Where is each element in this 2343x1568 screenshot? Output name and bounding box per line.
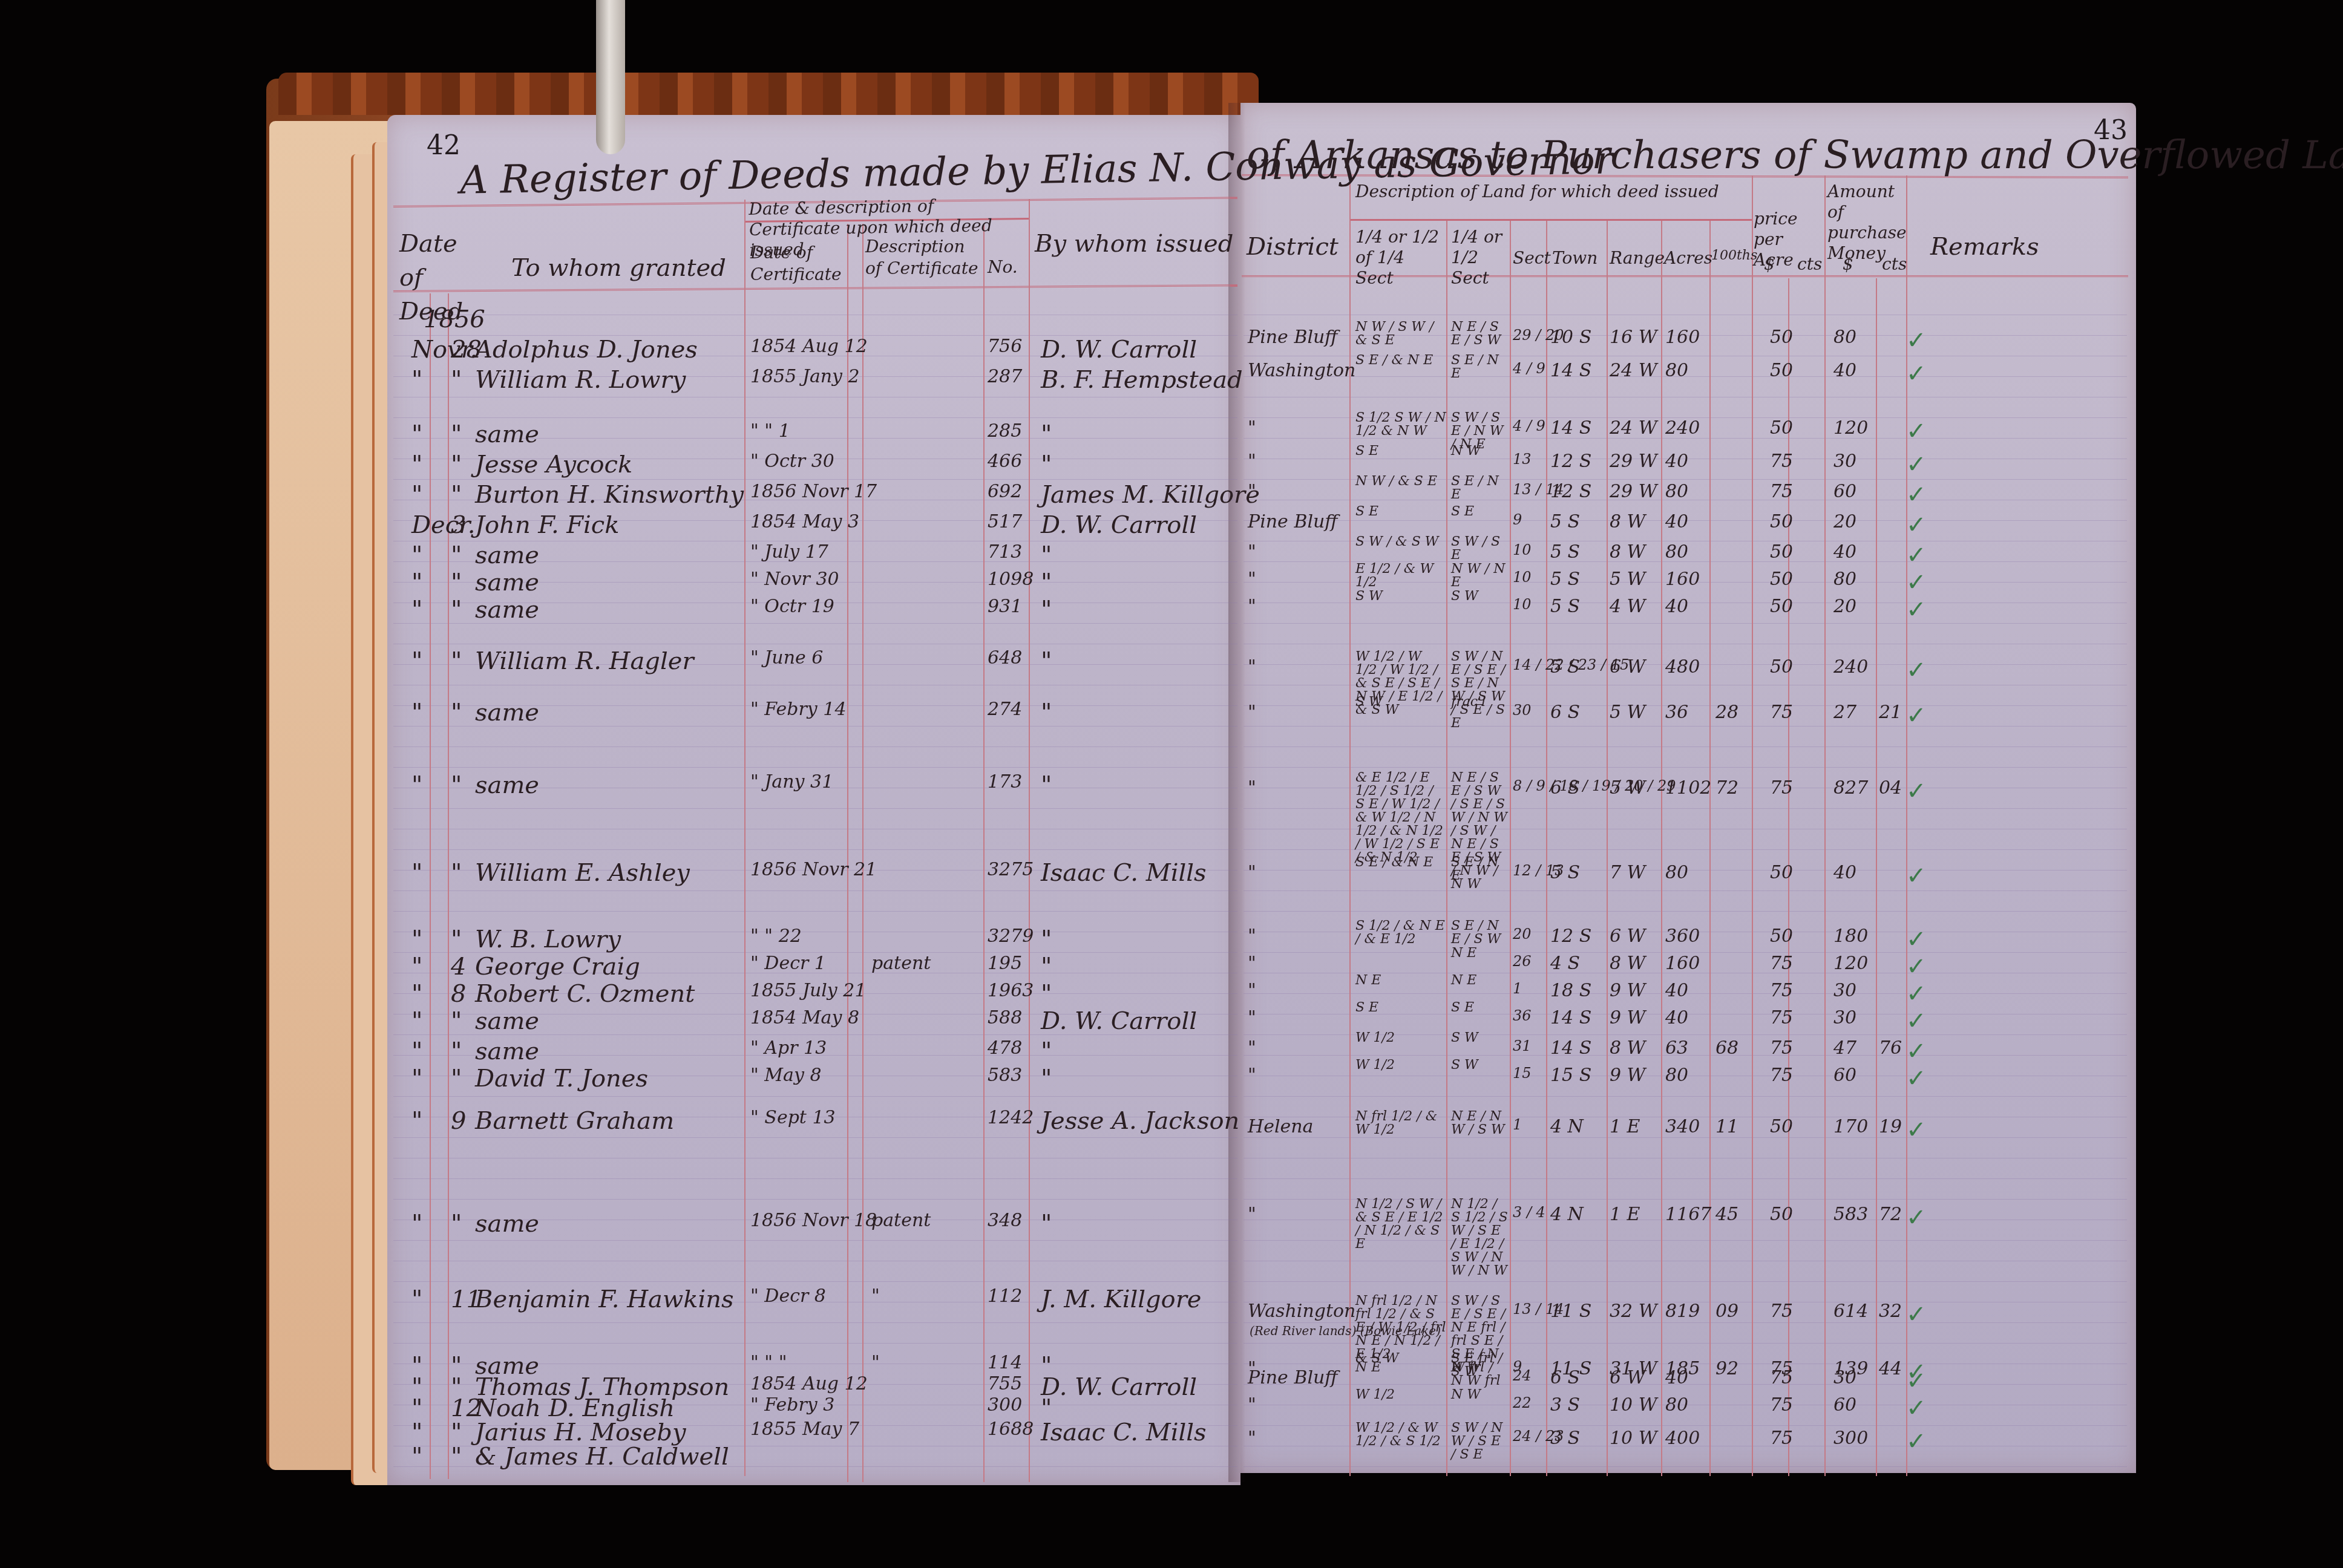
acres: 160 [1665,569,1700,590]
issued-by: B. F. Hempstead [1041,366,1243,394]
district: " [1248,481,1256,502]
district: " [1248,1037,1256,1059]
section-number: 4 / 9 [1513,360,1545,377]
page-number-left: 42 [427,130,460,161]
township: 5 S [1550,596,1580,617]
faint-rule [393,315,1237,315]
check-mark-icon: ✓ [1906,569,1927,596]
grantee-name: Barnett Graham [475,1107,674,1135]
quarter-of-quarter: N W / & S E [1355,475,1446,488]
price-per-acre-cents: 75 [1770,1037,1793,1059]
header-amount-of-purchase-money: Amount of purchase Money [1827,181,1906,264]
header-quarter-section: 1/4 or 1/2 Sect [1451,227,1509,289]
deed-month: " [411,1065,422,1093]
district: Washington [1248,360,1355,381]
price-per-acre-cents: 50 [1770,511,1793,532]
township: 6 S [1550,777,1580,799]
deed-day: " [451,569,462,596]
faint-rule [1244,767,2127,768]
header-acres: Acres [1664,248,1712,268]
certificate-number: 3275 [988,859,1034,880]
grantee-name: same [475,541,539,569]
purchase-amount-dollars: 20 [1833,511,1856,532]
grantee-name: same [475,420,539,448]
issued-by: " [1041,541,1052,569]
check-mark-icon: ✓ [1906,1301,1927,1328]
range: 6 W [1610,926,1645,947]
range: 6 W [1610,1367,1645,1388]
quarter-of-quarter: & E 1/2 / E 1/2 / S 1/2 / S E / W 1/2 / … [1355,771,1446,864]
district: Washington [1248,1301,1355,1322]
section-number: 36 [1513,1007,1532,1024]
header-number: No. [988,257,1018,277]
left-page [387,115,1240,1485]
issued-by: " [1041,596,1052,624]
deed-month: " [411,926,422,953]
quarter-of-quarter: S W / & S W [1355,535,1446,549]
township: 3 S [1550,1394,1580,1416]
deed-month: " [411,366,422,394]
acres-hundredths: 28 [1715,702,1738,723]
township: 4 S [1550,953,1580,974]
deed-month: " [411,1037,422,1065]
section-number: 10 [1513,596,1532,613]
header-land-description-group: Description of Land for which deed issue… [1355,181,1719,201]
check-mark-icon: ✓ [1906,541,1927,569]
issued-by: " [1041,771,1052,799]
faint-rule [393,1322,1237,1323]
purchase-amount-dollars: 120 [1833,417,1868,439]
range: 29 W [1610,451,1657,472]
acres: 40 [1665,511,1688,532]
certificate-date: 1856 Novr 18 [750,1210,877,1231]
certificate-number: 583 [988,1065,1022,1086]
district: " [1248,702,1256,723]
col-rule [1446,221,1447,1476]
faint-rule [1244,1158,2127,1158]
township: 14 S [1550,1007,1591,1028]
township: 12 S [1550,451,1591,472]
ledger-title-right: of Arkansas to Purchasers of Swamp and O… [1247,133,2343,178]
deed-month: " [411,1210,422,1238]
quarter-section: N E [1451,947,1509,960]
purchase-amount-dollars: 40 [1833,360,1856,381]
certificate-number: 114 [988,1352,1022,1373]
township: 14 S [1550,360,1591,381]
certificate-date: " Sept 13 [750,1107,836,1128]
section-number: 4 / 9 [1513,417,1545,434]
purchase-amount-cents: 04 [1879,777,1902,799]
quarter-section: S W / S E [1451,535,1509,562]
price-per-acre-cents: 50 [1770,862,1793,883]
quarter-of-quarter: S 1/2 / & N E / & E 1/2 [1355,920,1446,946]
quarter-of-quarter: S E / & N E [1355,354,1446,367]
grantee-name: Adolphus D. Jones [475,336,698,364]
quarter-section: S E [1451,505,1509,518]
issued-by: " [1041,420,1052,448]
grantee-name: same [475,1037,539,1065]
col-rule [1709,221,1711,1476]
township: 5 S [1550,862,1580,883]
faint-rule [393,1096,1237,1097]
purchase-amount-dollars: 240 [1833,656,1868,678]
faint-rule [1244,890,2127,891]
grantee-name: Benjamin F. Hawkins [475,1285,734,1313]
check-mark-icon: ✓ [1906,511,1927,539]
quarter-section: S E [1451,1001,1509,1014]
certificate-number: 3279 [988,926,1034,947]
deed-day: " [451,1037,462,1065]
range: 24 W [1610,360,1657,381]
purchase-amount-dollars: 827 [1833,777,1868,799]
quarter-section: frac'l [1451,696,1509,709]
certificate-date: 1854 May 3 [750,511,859,532]
quarter-section: N W [1451,445,1509,458]
col-rule [983,224,985,1482]
check-mark-icon: ✓ [1906,1367,1927,1395]
section-number: 1 [1513,980,1522,997]
deed-month: " [411,1107,422,1135]
price-per-acre-cents: 50 [1770,1204,1793,1225]
deed-month: " [411,451,422,479]
acres: 1167 [1665,1204,1711,1225]
faint-rule [393,767,1237,768]
faint-rule [393,849,1237,850]
issued-by: " [1041,926,1052,953]
acres: 160 [1665,327,1700,348]
acres: 40 [1665,1007,1688,1028]
section-number: 31 [1513,1037,1532,1054]
certificate-date: " Octr 30 [750,451,834,472]
deed-day: " [451,481,462,509]
header-amount-cents: cts [1882,254,1907,274]
district: " [1248,980,1256,1001]
certificate-date: " " 1 [750,420,790,442]
certificate-date: 1856 Novr 21 [750,859,877,880]
deed-month: " [411,569,422,596]
acres: 40 [1665,451,1688,472]
certificate-number: 478 [988,1037,1022,1059]
purchase-amount-dollars: 80 [1833,327,1856,348]
header-hundredths: 100ths [1711,248,1757,263]
purchase-amount-cents: 32 [1879,1301,1902,1322]
grantee-name: William E. Ashley [475,859,690,887]
deed-day: 4 [451,953,466,981]
acres-hundredths: 92 [1715,1358,1738,1379]
section-number: 1 [1513,1116,1522,1133]
range: 8 W [1610,1037,1645,1059]
faint-rule [1244,1261,2127,1261]
deed-day: " [451,647,462,675]
acres: 400 [1665,1428,1700,1449]
grantee-name: same [475,771,539,799]
section-number: 10 [1513,541,1532,558]
quarter-of-quarter: S W [1355,696,1446,709]
certificate-date: 1854 Aug 12 [750,1373,868,1394]
range: 4 W [1610,596,1645,617]
check-mark-icon: ✓ [1906,417,1927,445]
price-per-acre-cents: 75 [1770,451,1793,472]
acres-hundredths: 11 [1715,1116,1738,1137]
deed-month: " [411,420,422,448]
price-per-acre-cents: 75 [1770,1394,1793,1416]
grantee-name: William R. Lowry [475,366,686,394]
check-mark-icon: ✓ [1906,980,1927,1008]
purchase-amount-dollars: 80 [1833,569,1856,590]
purchase-amount-dollars: 583 [1833,1204,1868,1225]
issued-by: " [1041,1065,1052,1093]
header-district: District [1247,233,1339,261]
certificate-number: 588 [988,1007,1022,1028]
price-per-acre-cents: 75 [1770,953,1793,974]
grantee-name: John F. Fick [475,511,620,539]
certificate-date: " Decr 8 [750,1285,826,1307]
purchase-amount-cents: 19 [1879,1116,1902,1137]
acres: 360 [1665,926,1700,947]
grantee-name: same [475,596,539,624]
purchase-amount-dollars: 170 [1833,1116,1868,1137]
section-number: 10 [1513,569,1532,586]
deed-month: " [411,771,422,799]
header-amount-dollars: $ [1843,254,1853,274]
check-mark-icon: ✓ [1906,451,1927,479]
certificate-number: 112 [988,1285,1022,1307]
district: " [1248,417,1256,439]
certificate-number: 1242 [988,1107,1034,1128]
deed-day: 9 [451,1107,466,1135]
header-town: Town [1552,248,1597,268]
header-price-cents: cts [1797,254,1822,274]
district: " [1248,926,1256,947]
price-per-acre-cents: 75 [1770,702,1793,723]
header-range: Range [1610,248,1665,268]
col-rule [1824,175,1826,1476]
acres: 80 [1665,541,1688,563]
township: 10 S [1550,327,1591,348]
purchase-amount-dollars: 40 [1833,541,1856,563]
range: 9 W [1610,1007,1645,1028]
faint-rule [1244,315,2127,315]
issued-by: Jesse A. Jackson [1041,1107,1239,1135]
quarter-section: N W [1451,1388,1509,1402]
quarter-section: S E / N E / S W [1451,920,1509,946]
quarter-section: S E / N E [1451,856,1509,883]
purchase-amount-dollars: 30 [1833,451,1856,472]
quarter-section: N E [1451,974,1509,987]
issued-by: " [1041,953,1052,981]
range: 1 E [1610,1116,1640,1137]
certificate-number: 756 [988,336,1022,357]
deed-month: " [411,699,422,727]
range: 8 W [1610,953,1645,974]
col-rule [1510,221,1511,1476]
check-mark-icon: ✓ [1906,702,1927,730]
col-rule [847,224,848,1482]
purchase-amount-dollars: 30 [1833,980,1856,1001]
certificate-description: patent [871,953,931,974]
price-per-acre-cents: 50 [1770,360,1793,381]
check-mark-icon: ✓ [1906,1037,1927,1065]
certificate-description: " [871,1285,880,1307]
district: " [1248,1394,1256,1416]
grantee-name: William R. Hagler [475,647,694,675]
price-per-acre-cents: 50 [1770,327,1793,348]
issued-by: D. W. Carroll [1041,1373,1197,1401]
deed-day: " [451,1210,462,1238]
range: 7 W [1610,862,1645,883]
section-number: 26 [1513,953,1532,970]
year-1856: 1856 [424,305,485,333]
faint-rule [393,685,1237,685]
faint-rule [393,808,1237,809]
purchase-amount-dollars: 27 [1833,702,1856,723]
purchase-amount-dollars: 20 [1833,596,1856,617]
header-date-of-certificate: Date of Certificate [750,242,847,286]
header-description-of-certificate: Description of Certificate [865,236,983,279]
purchase-amount-dollars: 60 [1833,1394,1856,1416]
grantee-name: Burton H. Kinsworthy [475,481,744,509]
faint-rule [393,911,1237,912]
quarter-of-quarter: S E / & N E [1355,856,1446,869]
col-rule [1661,221,1662,1476]
deed-day: " [451,1065,462,1093]
district: " [1248,1428,1256,1449]
grantee-name: George Craig [475,953,640,981]
purchase-amount-dollars: 60 [1833,481,1856,502]
quarter-of-quarter: W 1/2 [1355,1388,1446,1402]
district: Helena [1248,1116,1313,1137]
faint-rule [393,1137,1237,1138]
purchase-amount-cents: 44 [1879,1358,1902,1379]
header-by-whom-issued: By whom issued [1035,230,1233,258]
range: 16 W [1610,327,1657,348]
purchase-amount-dollars: 180 [1833,926,1868,947]
faint-rule [1244,1178,2127,1179]
issued-by: James M. Killgore [1041,481,1260,509]
quarter-section: S E / N E [1451,475,1509,501]
acres: 340 [1665,1116,1700,1137]
price-per-acre-cents: 50 [1770,656,1793,678]
faint-rule [393,746,1237,747]
range: 9 W [1610,980,1645,1001]
certificate-number: 173 [988,771,1022,792]
quarter-section: S W [1451,1031,1509,1045]
district: " [1248,953,1256,974]
purchase-amount-dollars: 30 [1833,1007,1856,1028]
range: 1 E [1610,1204,1640,1225]
check-mark-icon: ✓ [1906,1394,1927,1422]
certificate-number: 755 [988,1373,1022,1394]
acres: 480 [1665,656,1700,678]
faint-rule [1244,623,2127,624]
faint-rule [393,829,1237,829]
acres: 80 [1665,360,1688,381]
check-mark-icon: ✓ [1906,1428,1927,1455]
check-mark-icon: ✓ [1906,777,1927,805]
deed-month: " [411,541,422,569]
acres: 160 [1665,953,1700,974]
range: 10 W [1610,1428,1657,1449]
grantee-name: same [475,1007,539,1035]
price-per-acre-cents: 75 [1770,1007,1793,1028]
district: " [1248,596,1256,617]
quarter-of-quarter: W 1/2 [1355,1059,1446,1072]
col-rule [1546,221,1547,1476]
deed-day: " [451,366,462,394]
deed-day: " [451,420,462,448]
certificate-number: 1098 [988,569,1034,590]
quarter-section: N W [1451,1361,1509,1374]
check-mark-icon: ✓ [1906,1116,1927,1144]
certificate-date: 1854 May 8 [750,1007,859,1028]
price-per-acre-cents: 75 [1770,1301,1793,1322]
quarter-of-quarter: S E [1355,445,1446,458]
quarter-section: S W / N E / S E / S E / N W / S W / S E … [1451,650,1509,730]
col-rule [448,293,449,1479]
issued-by: D. W. Carroll [1041,1007,1197,1035]
purchase-amount-dollars: 300 [1833,1428,1868,1449]
section-number: 22 [1513,1394,1532,1411]
acres: 40 [1665,1367,1688,1388]
faint-rule [1244,911,2127,912]
header-section: Sect [1513,248,1551,268]
deed-day: " [451,771,462,799]
faint-rule [393,1343,1237,1344]
section-number: 15 [1513,1065,1532,1082]
purchase-amount-dollars: 120 [1833,953,1868,974]
quarter-section: N E / S E / S W [1451,321,1509,347]
certificate-number: 466 [988,451,1022,472]
certificate-date: 1855 May 7 [750,1419,859,1440]
section-number: 13 [1513,451,1532,468]
quarter-of-quarter: N E [1355,974,1446,987]
township: 5 S [1550,656,1580,678]
township: 14 S [1550,417,1591,439]
range: 24 W [1610,417,1657,439]
section-number: 24 [1513,1367,1532,1384]
certificate-date: " Febry 3 [750,1394,834,1416]
col-rule [430,293,431,1479]
check-mark-icon: ✓ [1906,596,1927,624]
certificate-date: 1856 Novr 17 [750,481,877,502]
faint-rule [393,1199,1237,1200]
purchase-amount-dollars: 614 [1833,1301,1868,1322]
certificate-date: " May 8 [750,1065,822,1086]
price-per-acre-cents: 75 [1770,777,1793,799]
deed-day: " [451,699,462,727]
section-number: 9 [1513,511,1522,528]
check-mark-icon: ✓ [1906,656,1927,684]
grantee-name: & James H. Caldwell [475,1443,729,1471]
faint-rule [393,890,1237,891]
deed-day: " [451,1007,462,1035]
certificate-number: 713 [988,541,1022,563]
range: 5 W [1610,777,1645,799]
deed-month: " [411,859,422,887]
check-mark-icon: ✓ [1906,327,1927,354]
section-number: 20 [1513,926,1532,942]
acres: 819 [1665,1301,1700,1322]
range: 29 W [1610,481,1657,502]
deed-month: " [411,1007,422,1035]
certificate-date: " Octr 19 [750,596,834,617]
district: " [1248,862,1256,883]
acres-hundredths: 45 [1715,1204,1738,1225]
col-rule [744,200,745,1476]
deed-day: " [451,541,462,569]
quarter-section: S W [1451,590,1509,603]
acres: 40 [1665,980,1688,1001]
